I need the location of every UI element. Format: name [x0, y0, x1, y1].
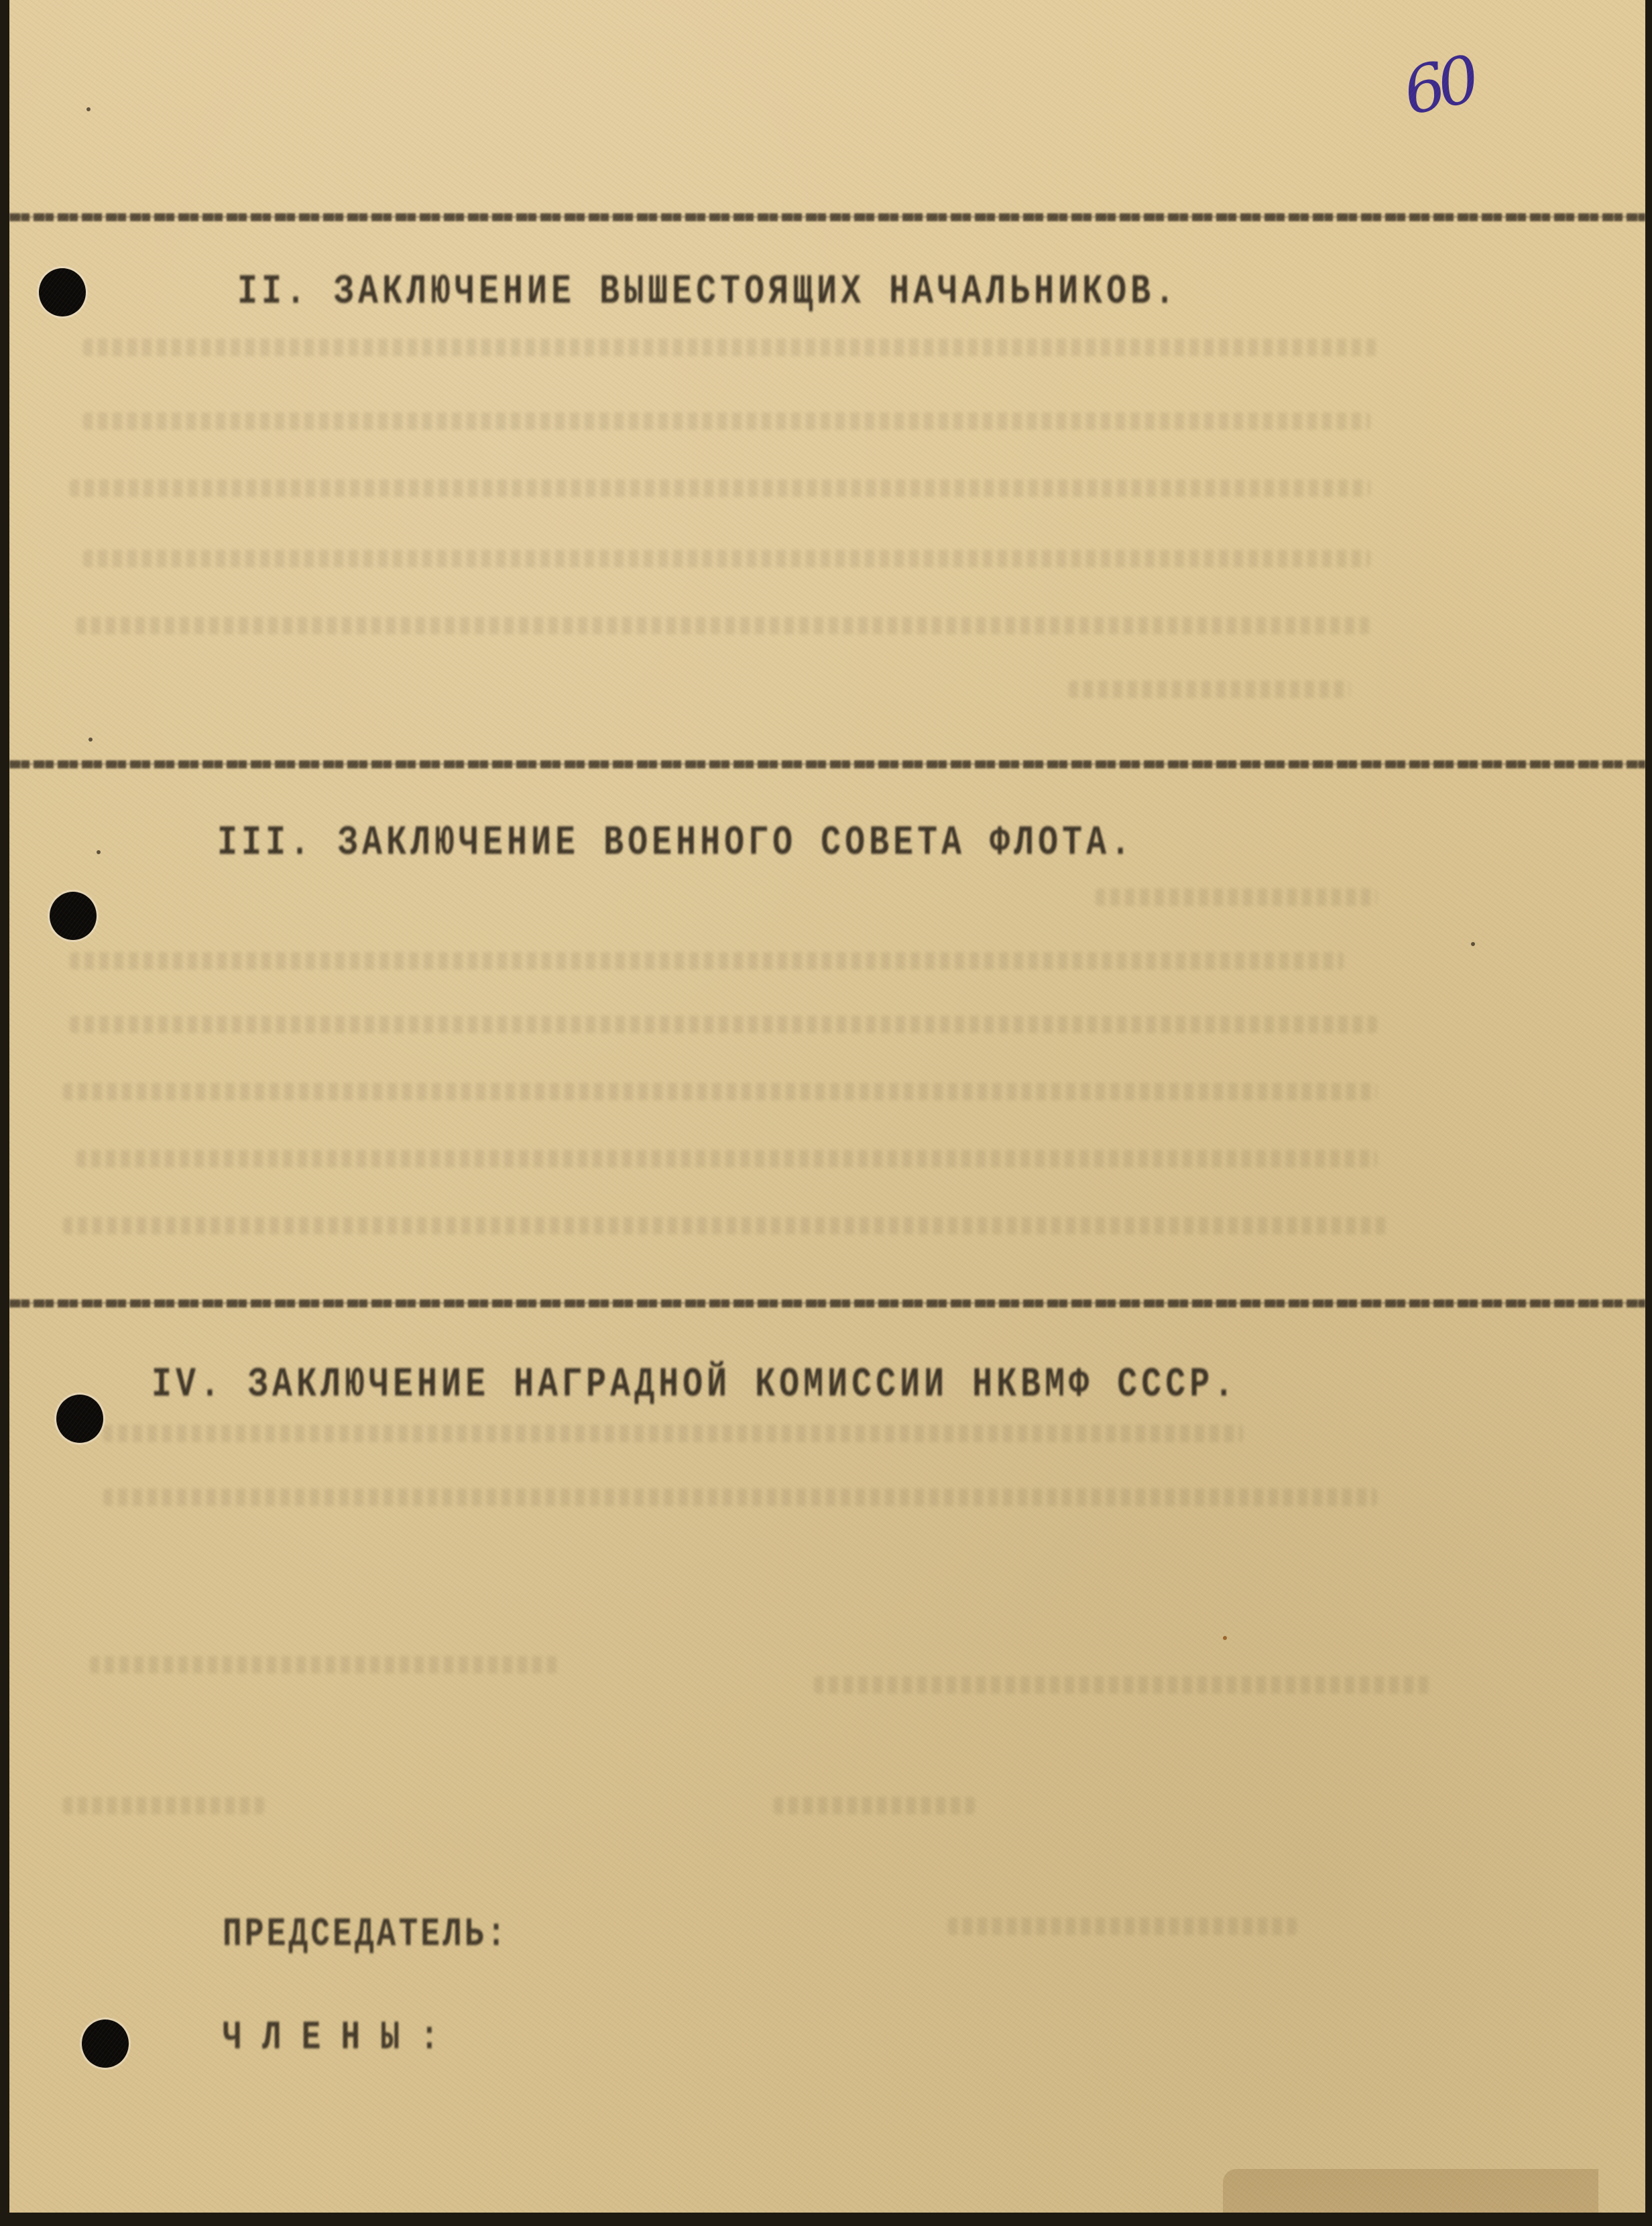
paper-speck: [1223, 1636, 1227, 1640]
paper-speck: [1471, 942, 1475, 946]
bleed-through-text: [70, 1016, 1377, 1033]
bleed-through-text: [83, 412, 1370, 430]
paper-speck: [97, 850, 101, 854]
punch-hole: [56, 1395, 103, 1443]
bleed-through-text: [814, 1676, 1431, 1694]
paper-speck: [88, 738, 93, 742]
bleed-through-text: [63, 1217, 1391, 1234]
bleed-through-text: [63, 1083, 1377, 1100]
typed-dash-rule: [9, 760, 1645, 768]
typed-dash-rule: [9, 213, 1645, 221]
punch-hole: [50, 892, 97, 940]
bleed-through-text: [103, 1488, 1377, 1506]
punch-hole: [82, 2019, 129, 2068]
bleed-through-text: [774, 1797, 975, 1814]
punch-hole: [39, 268, 86, 316]
members-label: ЧЛЕНЫ:: [223, 2015, 459, 2061]
bleed-through-text: [76, 617, 1370, 634]
bleed-through-text: [948, 1918, 1297, 1935]
bleed-through-text: [1069, 681, 1350, 698]
paper-speck: [86, 107, 91, 111]
section-heading-3: III. ЗАКЛЮЧЕНИЕ ВОЕННОГО СОВЕТА ФЛОТА.: [217, 819, 1134, 867]
document-page: 60 II. ЗАКЛЮЧЕНИЕ ВЫШЕСТОЯЩИХ НАЧАЛЬНИКО…: [9, 0, 1645, 2213]
handwritten-page-number: 60: [1397, 42, 1479, 130]
bleed-through-text: [83, 339, 1377, 356]
bleed-through-text: [1096, 888, 1377, 906]
bleed-through-text: [70, 479, 1370, 497]
bleed-through-text: [70, 952, 1344, 970]
bleed-through-text: [76, 1150, 1377, 1167]
bleed-through-text: [90, 1656, 559, 1674]
torn-corner: [1223, 2169, 1598, 2213]
typed-dash-rule: [9, 1299, 1645, 1307]
chairman-label: ПРЕДСЕДАТЕЛЬ:: [223, 1912, 508, 1958]
section-heading-4: IV. ЗАКЛЮЧЕНИЕ НАГРАДНОЙ КОМИССИИ НКВМФ …: [152, 1361, 1238, 1409]
section-heading-2: II. ЗАКЛЮЧЕНИЕ ВЫШЕСТОЯЩИХ НАЧАЛЬНИКОВ.: [237, 268, 1179, 316]
bleed-through-text: [103, 1425, 1243, 1442]
bleed-through-text: [83, 550, 1370, 567]
bleed-through-text: [63, 1797, 264, 1814]
